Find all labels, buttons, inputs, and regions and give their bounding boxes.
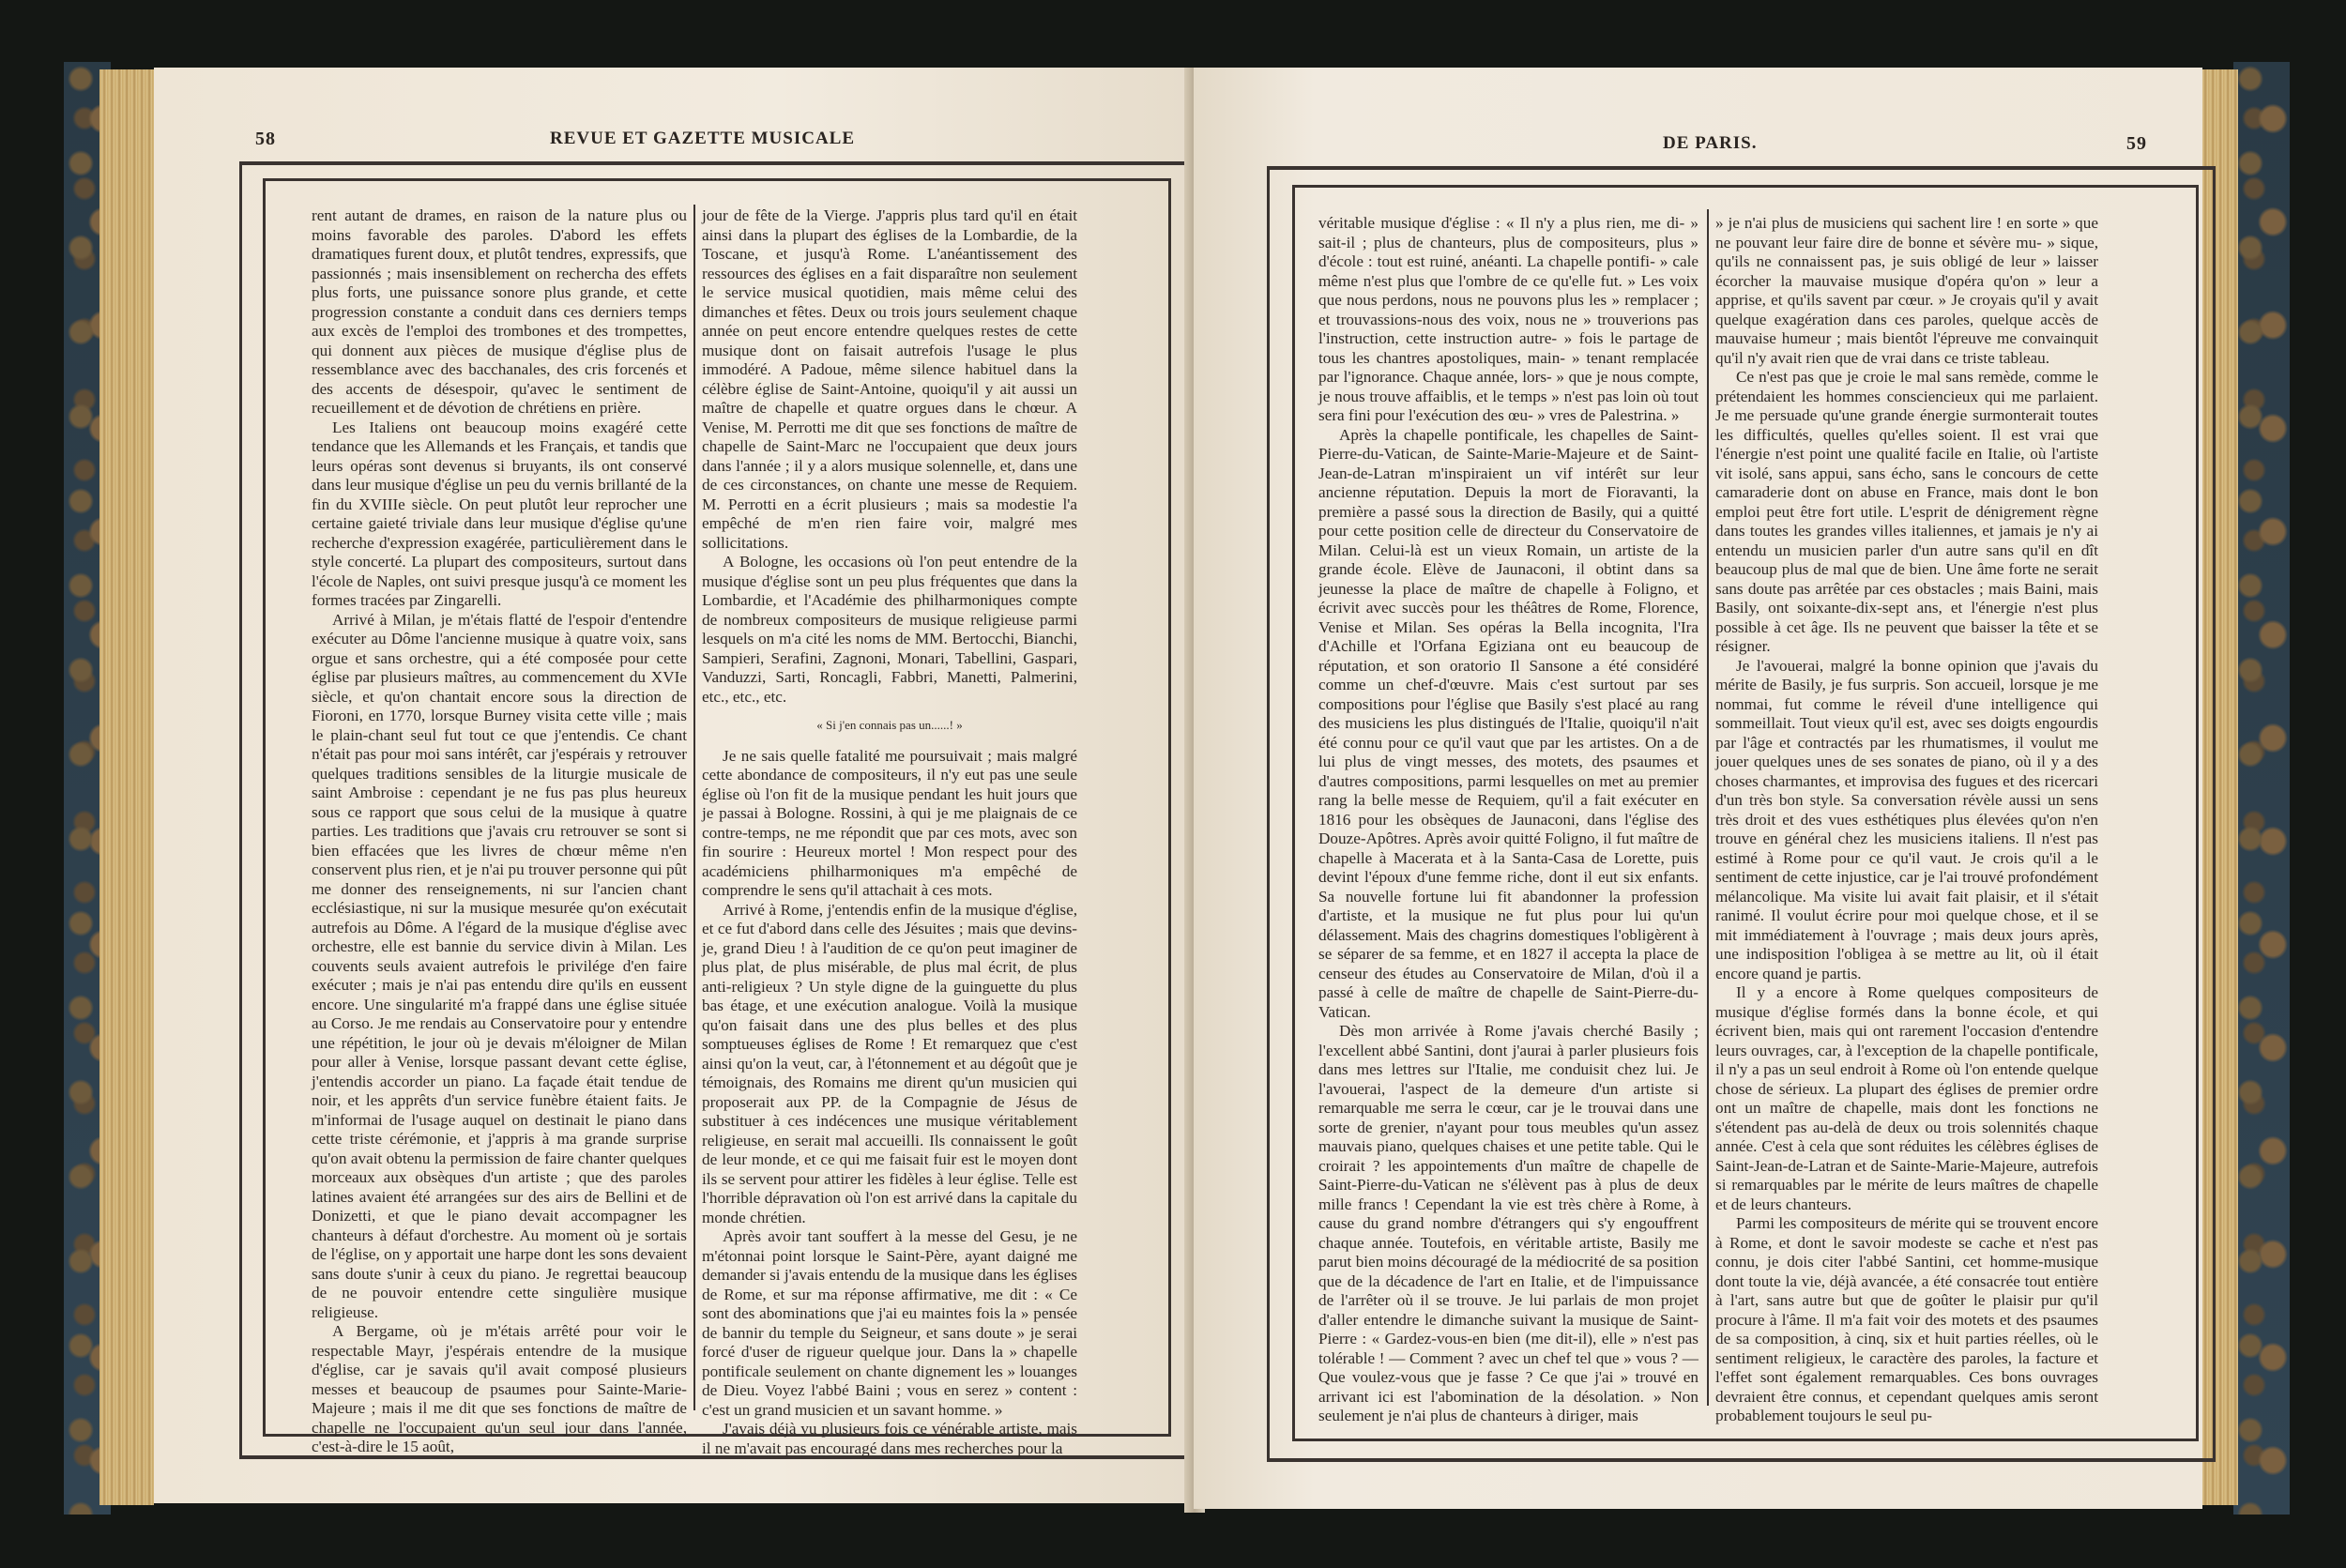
left-page-column-2: jour de fête de la Vierge. J'appris plus… [702, 206, 1077, 1458]
paragraph: Après avoir tant souffert à la messe del… [702, 1227, 1077, 1420]
paragraph: Arrivé à Milan, je m'étais flatté de l'e… [312, 611, 687, 1323]
paragraph: A Bologne, les occasions où l'on peut en… [702, 553, 1077, 707]
paragraph: J'avais déjà vu plusieurs fois ce vénéra… [702, 1420, 1077, 1458]
column-rule-left [693, 205, 695, 1410]
left-page-column-1: rent autant de drames, en raison de la n… [312, 206, 687, 1457]
column-rule-right [1707, 209, 1709, 1406]
paragraph: Après la chapelle pontificale, les chape… [1318, 426, 1699, 1023]
paragraph: rent autant de drames, en raison de la n… [312, 206, 687, 419]
right-page-column-1: véritable musique d'église : « Il n'y a … [1318, 214, 1699, 1426]
paragraph: véritable musique d'église : « Il n'y a … [1318, 214, 1699, 426]
book-cover-right [2233, 62, 2290, 1515]
paragraph: Ce n'est pas que je croie le mal sans re… [1715, 368, 2098, 657]
paragraph: Parmi les compositeurs de mérite qui se … [1715, 1214, 2098, 1426]
page-number-left: 58 [255, 129, 276, 150]
paragraph: » je n'ai plus de musiciens qui sachent … [1715, 214, 2098, 368]
page-edges-left [99, 69, 154, 1505]
right-page-column-2: » je n'ai plus de musiciens qui sachent … [1715, 214, 2098, 1426]
paragraph: Les Italiens ont beaucoup moins exagéré … [312, 419, 687, 611]
paragraph: jour de fête de la Vierge. J'appris plus… [702, 206, 1077, 553]
running-head-right: DE PARIS. [1663, 133, 1758, 154]
paragraph: Dès mon arrivée à Rome j'avais cherché B… [1318, 1022, 1699, 1426]
paragraph: Arrivé à Rome, j'entendis enfin de la mu… [702, 901, 1077, 1228]
pull-quote: « Si j'en connais pas un......! » [702, 716, 1077, 736]
running-head-left: REVUE ET GAZETTE MUSICALE [550, 129, 855, 149]
page-number-right: 59 [2126, 133, 2147, 155]
paragraph: Je ne sais quelle fatalité me poursuivai… [702, 747, 1077, 901]
paragraph: Je l'avouerai, malgré la bonne opinion q… [1715, 657, 2098, 984]
paragraph: Il y a encore à Rome quelques compositeu… [1715, 983, 2098, 1214]
paragraph: A Bergame, où je m'étais arrêté pour voi… [312, 1322, 687, 1457]
